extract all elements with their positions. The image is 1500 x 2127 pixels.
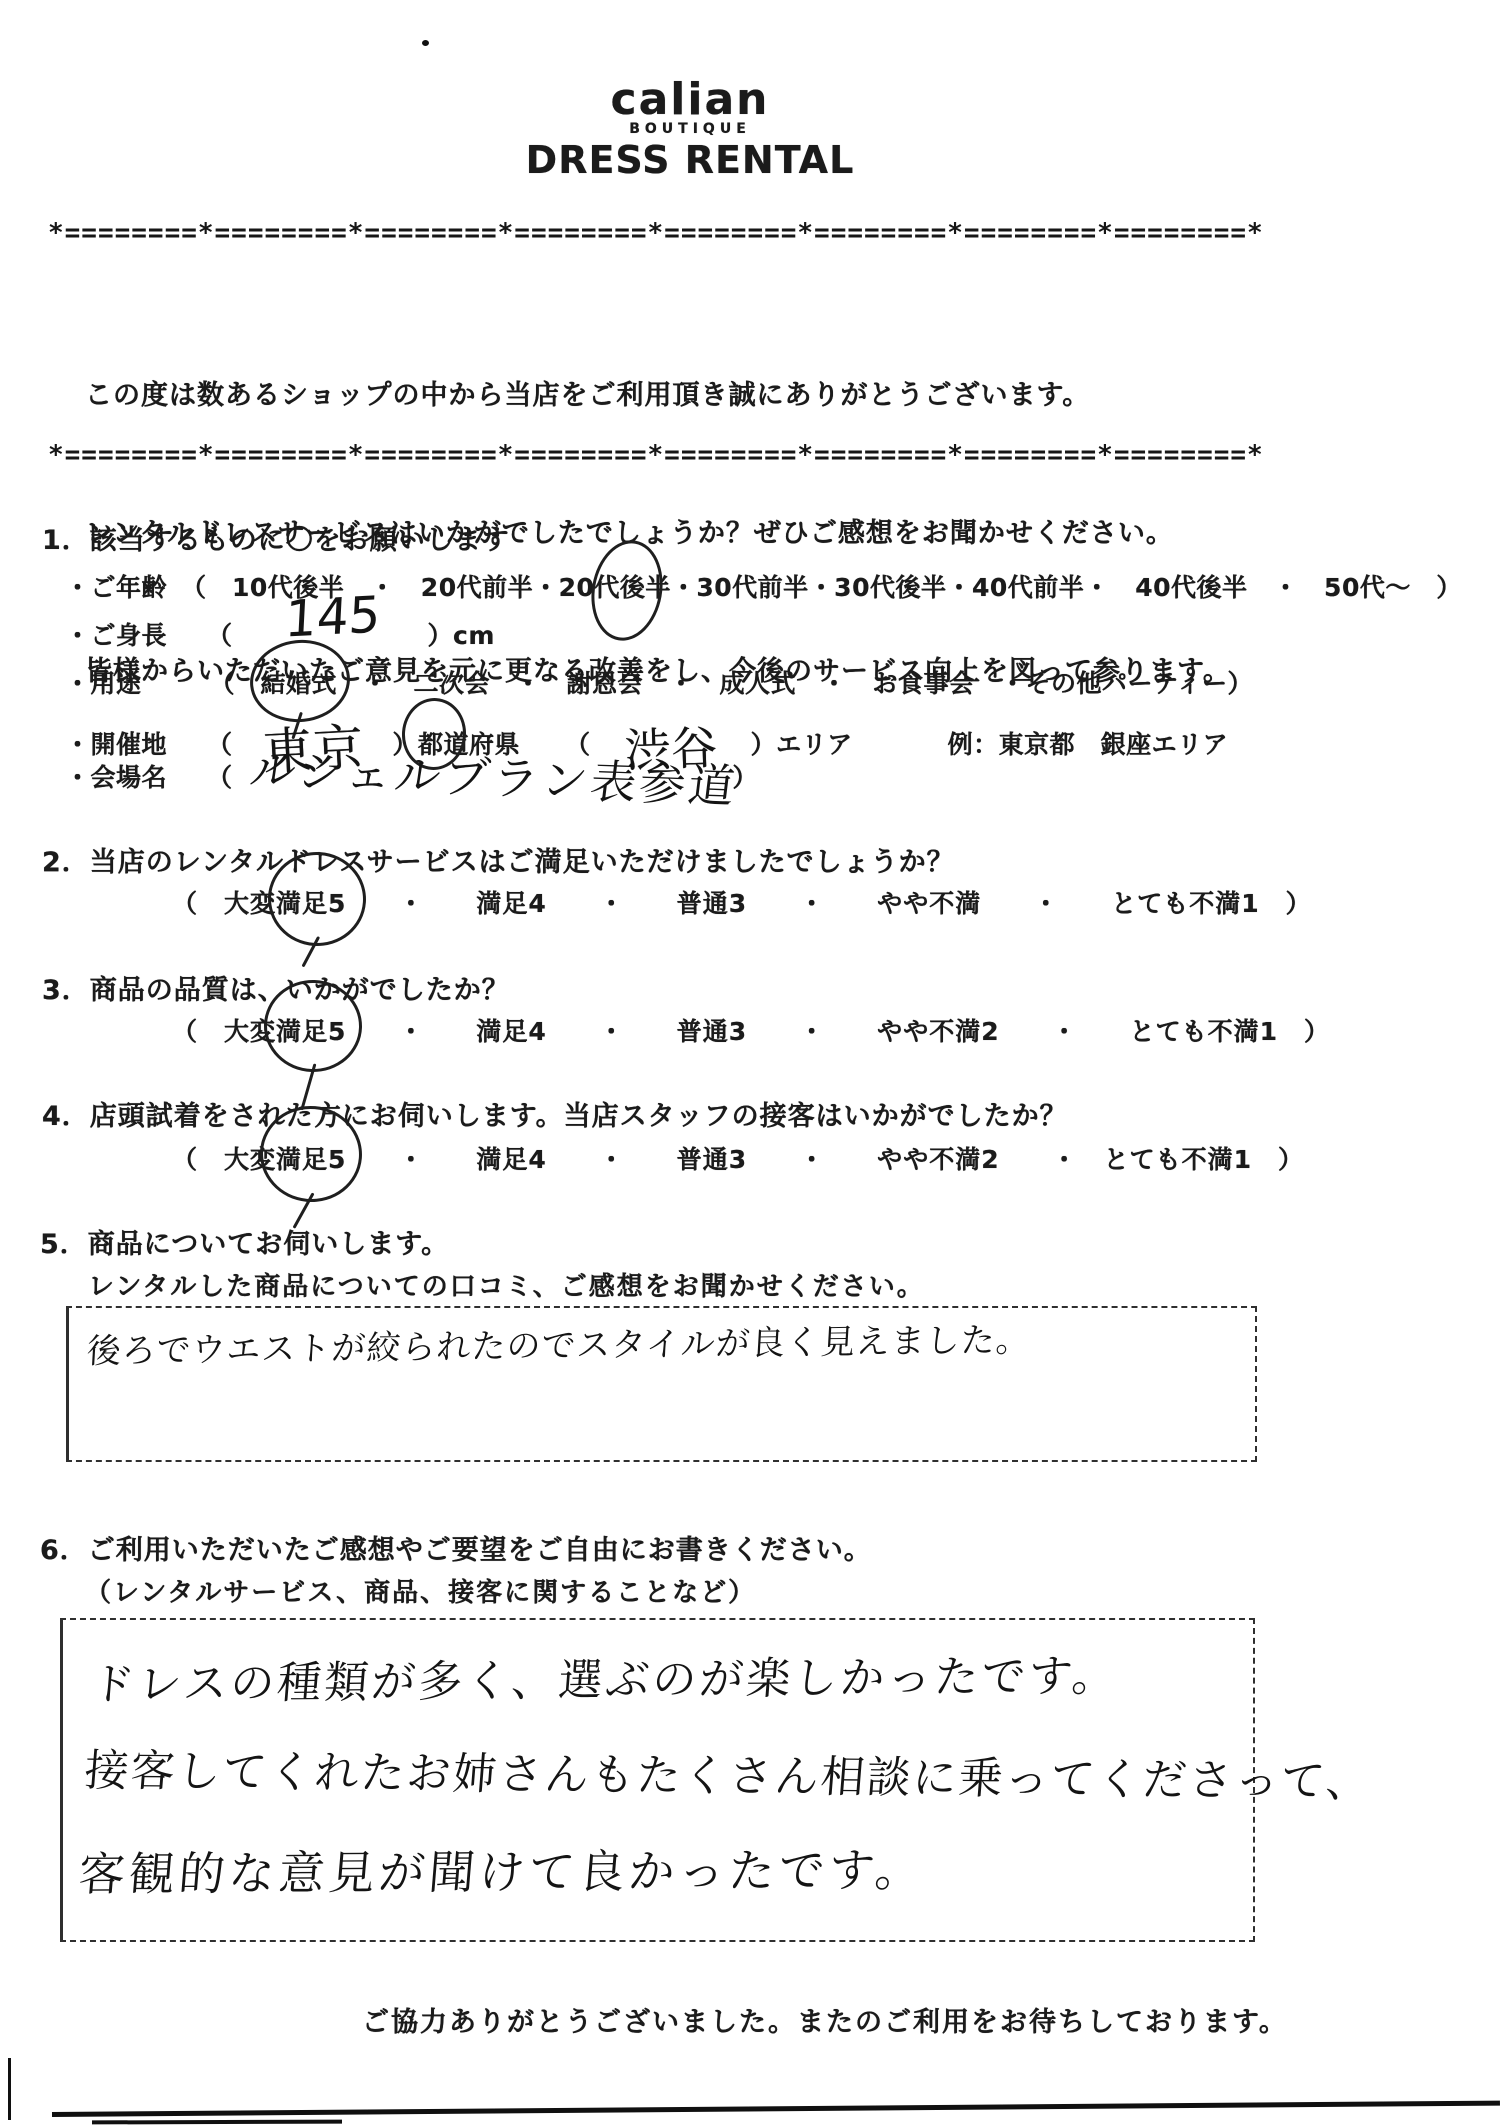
q6-handwritten-line-1: ドレスの種類が多く、選ぶのが楽しかったです。 [88,1639,1121,1712]
divider-bottom: *========*========*========*========*===… [48,440,1264,470]
q1-place-example: 例：東京都 銀座エリア [948,730,1229,759]
divider-top: *========*========*========*========*===… [48,218,1264,248]
q1-purpose-options: （ 結婚式 ・ 二次会 ・ 謝恩会 ・ 成人式 ・ お食事会 ・その他パーティー… [210,669,1254,698]
q1-purpose-row: ・用途（ 結婚式 ・ 二次会 ・ 謝恩会 ・ 成人式 ・ お食事会 ・その他パー… [65,664,1253,700]
q1-height-label: ・ご身長 [65,621,167,650]
scan-edge-line-artifact-2 [92,2120,342,2125]
q1-title: 1．該当するものに〇をお願いします [42,518,510,557]
q6-subtitle: （レンタルサービス、商品、接客に関することなど） [85,1572,756,1609]
q6-answer-box: ドレスの種類が多く、選ぶのが楽しかったです。 接客してくれたお姉さんもたくさん相… [60,1618,1255,1942]
q6-handwritten-line-2: 接客してくれたお姉さんもたくさん相談に乗ってくださって、 [83,1734,1375,1809]
q1-height-close-paren: ）cm [428,621,495,650]
q1-place-label: ・開催地 [65,730,167,759]
q5-subtitle: レンタルした商品についての口コミ、ご感想をお聞かせください。 [88,1266,925,1303]
scan-edge-line-artifact [52,2101,1500,2117]
q1-place-area-label: ）エリア [751,730,853,759]
scan-speck-artifact [422,40,429,46]
q1-age-row: ・ご年齢（ 10代後半 ・ 20代前半・20代後半・30代前半・30代後半・40… [65,568,1462,604]
page-title: DRESS RENTAL [0,138,1380,182]
q1-purpose-label: ・用途 [65,669,142,698]
q1-venue-open-paren: （ [207,763,233,792]
q1-age-label: ・ご年齢 [65,573,167,602]
circle-tail [302,936,321,967]
q1-venue-label: ・会場名 [65,763,167,792]
q6-title: 6．ご利用いただいたご感想やご要望をご自由にお書きください。 [40,1528,872,1567]
q5-title: 5．商品についてお伺いします。 [40,1222,449,1261]
q1-place-open-paren: （ [207,730,233,759]
q5-handwritten-answer: 後ろでウエストが絞られたのでスタイルが良く見えました。 [86,1312,1033,1373]
brand-logo: calian [0,74,1380,125]
scanned-questionnaire-page: calian BOUTIQUE DRESS RENTAL *========*=… [0,0,1500,2127]
scan-tick-artifact [8,2058,11,2120]
q5-answer-box: 後ろでウエストが絞られたのでスタイルが良く見えました。 [66,1306,1257,1462]
q4-title: 4．店頭試着をされた方にお伺いします。当店スタッフの接客はいかがでしたか？ [42,1094,1068,1133]
footer-thanks-text: ご協力ありがとうございました。またのご利用をお待ちしております。 [362,2000,1288,2039]
q6-handwritten-line-3: 客観的な意見が聞けて良かったです。 [76,1834,928,1904]
brand-logo-subtext: BOUTIQUE [0,121,1380,137]
intro-line-1: この度は数あるショップの中から当店をご利用頂き誠にありがとうございます。 [85,373,1231,419]
q2-title: 2．当店のレンタルドレスサービスはご満足いただけましたでしょうか？ [42,840,955,879]
q1-height-open-paren: （ [207,621,233,650]
